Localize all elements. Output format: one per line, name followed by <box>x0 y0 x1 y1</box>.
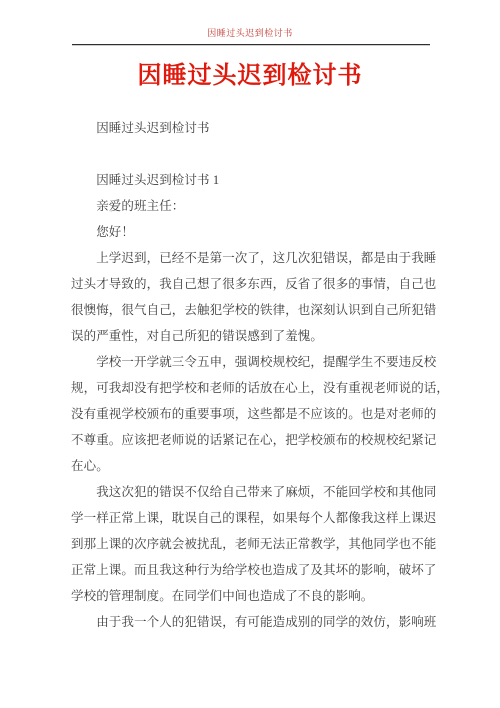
text-line: 过头才导致的，我自己想了很多东西，反省了很多的事情，自己也 <box>71 271 439 297</box>
document-page: 因睡过头迟到检讨书 因睡过头迟到检讨书 因睡过头迟到检讨书 因睡过头迟到检讨书 … <box>0 0 500 708</box>
text-line: 规，可我却没有把学校和老师的话放在心上，没有重视老师说的话， <box>71 375 439 401</box>
text-line: 学校的管理制度。在同学们中间也造成了不良的影响。 <box>71 583 439 609</box>
text-line: 学校一开学就三令五申，强调校规校纪，提醒学生不要违反校 <box>71 349 439 375</box>
text-line: 上学迟到，已经不是第一次了，这几次犯错误，都是由于我睡 <box>71 245 439 271</box>
header-rule <box>72 44 430 45</box>
text-line: 不尊重。应该把老师说的话紧记在心，把学校颁布的校规校纪紧记 <box>71 427 439 453</box>
document-body: 因睡过头迟到检讨书 因睡过头迟到检讨书 1 亲爱的班主任： 您好！ 上学迟到，已… <box>71 115 439 635</box>
text-line: 您好！ <box>71 219 439 245</box>
page-header-title: 因睡过头迟到检讨书 <box>0 26 500 39</box>
text-line: 很懊悔，很气自己，去触犯学校的铁律，也深刻认识到自己所犯错 <box>71 297 439 323</box>
text-line: 误的严重性，对自己所犯的错误感到了羞愧。 <box>71 323 439 349</box>
text-line: 因睡过头迟到检讨书 1 <box>71 167 439 193</box>
document-title: 因睡过头迟到检讨书 <box>0 55 500 90</box>
text-line: 到那上课的次序就会被扰乱，老师无法正常教学，其他同学也不能 <box>71 531 439 557</box>
text-line: 亲爱的班主任： <box>71 193 439 219</box>
text-line: 正常上课。而且我这种行为给学校也造成了及其坏的影响，破坏了 <box>71 557 439 583</box>
text-line: 学一样正常上课，耽误自己的课程，如果每个人都像我这样上课迟 <box>71 505 439 531</box>
text-line: 在心。 <box>71 453 439 479</box>
text-line <box>71 141 439 167</box>
text-line: 由于我一个人的犯错误，有可能造成别的同学的效仿，影响班 <box>71 609 439 635</box>
text-line: 因睡过头迟到检讨书 <box>71 115 439 141</box>
text-line: 没有重视学校颁布的重要事项，这些都是不应该的。也是对老师的 <box>71 401 439 427</box>
text-line: 我这次犯的错误不仅给自己带来了麻烦，不能回学校和其他同 <box>71 479 439 505</box>
